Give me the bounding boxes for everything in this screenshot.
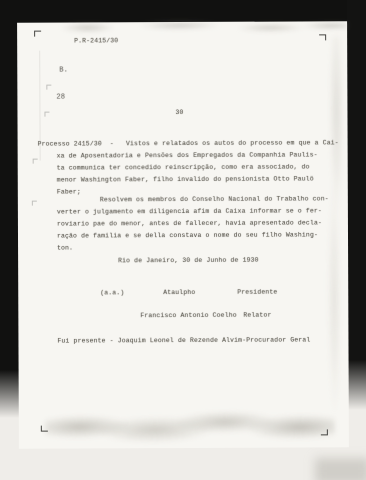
photo-frame-right (347, 0, 366, 410)
document-page: P.R-2415/30 B. 28 30 Processo 2415/30 - … (17, 21, 349, 448)
paragraph2-line: roviario pae do menor, antes de fallecer… (57, 219, 322, 228)
corner-mark-top-left (34, 31, 41, 37)
margin-tick (46, 85, 51, 90)
scanned-photo: { "photo": { "frame_color": "#111110", "… (0, 0, 366, 480)
paragraph1-line: menor Washington Faber, filho invalido d… (57, 175, 314, 184)
signature-relator-name: Francisco Antonio Coelho (140, 312, 236, 320)
paragraph1-line: xa de Aposentadoria e Pensões dos Empreg… (57, 151, 318, 160)
paper-smudge (315, 458, 366, 480)
dateline: Rio de Janeiro, 30 de Junho de 1930 (118, 257, 259, 266)
photo-frame-top (0, 0, 366, 23)
paragraph1-line: ta communica ter concedido reinscripção,… (57, 163, 310, 172)
signature-initials: (a.a.) (100, 289, 124, 297)
corner-mark-bottom-left (41, 426, 48, 432)
scan-texture-top (42, 19, 347, 38)
corner-mark-top-right (319, 34, 326, 40)
paragraph2-line: ração de familia e se della constava o n… (57, 231, 318, 240)
paragraph1-line: Processo 2415/30 - Vistos e relatados os… (38, 139, 339, 148)
margin-letter: B. (59, 67, 68, 75)
reference-number: P.R-2415/30 (74, 37, 118, 45)
paragraph2-line: Resolvem os membros do Conselho Nacional… (100, 195, 329, 204)
signature-president-title: Presidente (237, 289, 277, 297)
signature-relator-title: Relator (243, 312, 271, 320)
photo-frame-left (0, 0, 19, 418)
corner-mark-bottom-right (321, 429, 328, 435)
page-number: 30 (175, 109, 183, 117)
margin-tick (32, 201, 37, 206)
signature-president-name: Ataulpho (163, 289, 195, 297)
paragraph2-line: verter o julgamento em diligencia afim d… (57, 207, 322, 216)
paragraph2-line: ton. (57, 244, 73, 252)
margin-tick (44, 112, 49, 117)
margin-tick (33, 159, 38, 164)
signature-presence-line: Fui presente - Joaquim Leonel de Rezende… (57, 336, 310, 345)
scan-texture-bottom (44, 403, 335, 450)
paragraph1-line: Faber; (57, 188, 81, 196)
margin-number: 28 (56, 94, 65, 102)
